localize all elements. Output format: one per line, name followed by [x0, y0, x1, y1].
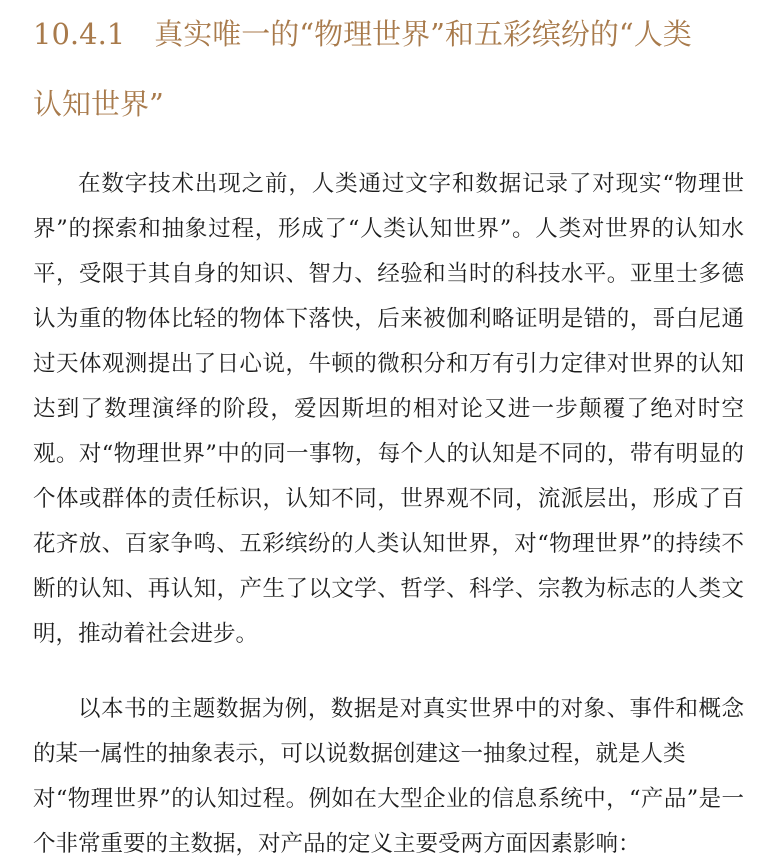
text-line: 个非常重要的主数据，对产品的定义主要受两方面因素影响： [33, 824, 744, 867]
text-line: 个体或群体的责任标识，认知不同，世界观不同，流派层出，形成了百 [33, 479, 744, 524]
text-line: 界”的探索和抽象过程，形成了“人类认知世界”。人类对世界的认知水 [33, 209, 744, 254]
section-heading: 10.4.1 真实唯一的“物理世界”和五彩缤纷的“人类认知世界” [33, 10, 744, 150]
text-line: 花齐放、百家争鸣、五彩缤纷的人类认知世界，对“物理世界”的持续不 [33, 524, 744, 569]
text-line: 明，推动着社会进步。 [33, 614, 744, 659]
text-line: 达到了数理演绎的阶段，爱因斯坦的相对论又进一步颠覆了绝对时空 [33, 389, 744, 434]
heading-line: 认知世界” [33, 80, 744, 150]
text-line: 认为重的物体比轻的物体下落快，后来被伽利略证明是错的，哥白尼通 [33, 299, 744, 344]
paragraph: 以本书的主题数据为例，数据是对真实世界中的对象、事件和概念的某一属性的抽象表示，… [33, 689, 744, 867]
heading-line: 10.4.1 真实唯一的“物理世界”和五彩缤纷的“人类 [33, 10, 744, 80]
text-line: 以本书的主题数据为例，数据是对真实世界中的对象、事件和概念 [33, 689, 744, 734]
paragraph: 在数字技术出现之前，人类通过文字和数据记录了对现实“物理世界”的探索和抽象过程，… [33, 164, 744, 659]
text-line: 的某一属性的抽象表示，可以说数据创建这一抽象过程，就是人类 [33, 734, 744, 779]
document-body: 在数字技术出现之前，人类通过文字和数据记录了对现实“物理世界”的探索和抽象过程，… [33, 150, 744, 867]
text-line: 在数字技术出现之前，人类通过文字和数据记录了对现实“物理世 [33, 164, 744, 209]
text-line: 平，受限于其自身的知识、智力、经验和当时的科技水平。亚里士多德 [33, 254, 744, 299]
text-line: 对“物理世界”的认知过程。例如在大型企业的信息系统中，“产品”是一 [33, 779, 744, 824]
text-line: 观。对“物理世界”中的同一事物，每个人的认知是不同的，带有明显的 [33, 434, 744, 479]
text-line: 断的认知、再认知，产生了以文学、哲学、科学、宗教为标志的人类文 [33, 569, 744, 614]
document-page: 10.4.1 真实唯一的“物理世界”和五彩缤纷的“人类认知世界” 在数字技术出现… [0, 0, 766, 867]
text-line: 过天体观测提出了日心说，牛顿的微积分和万有引力定律对世界的认知 [33, 344, 744, 389]
